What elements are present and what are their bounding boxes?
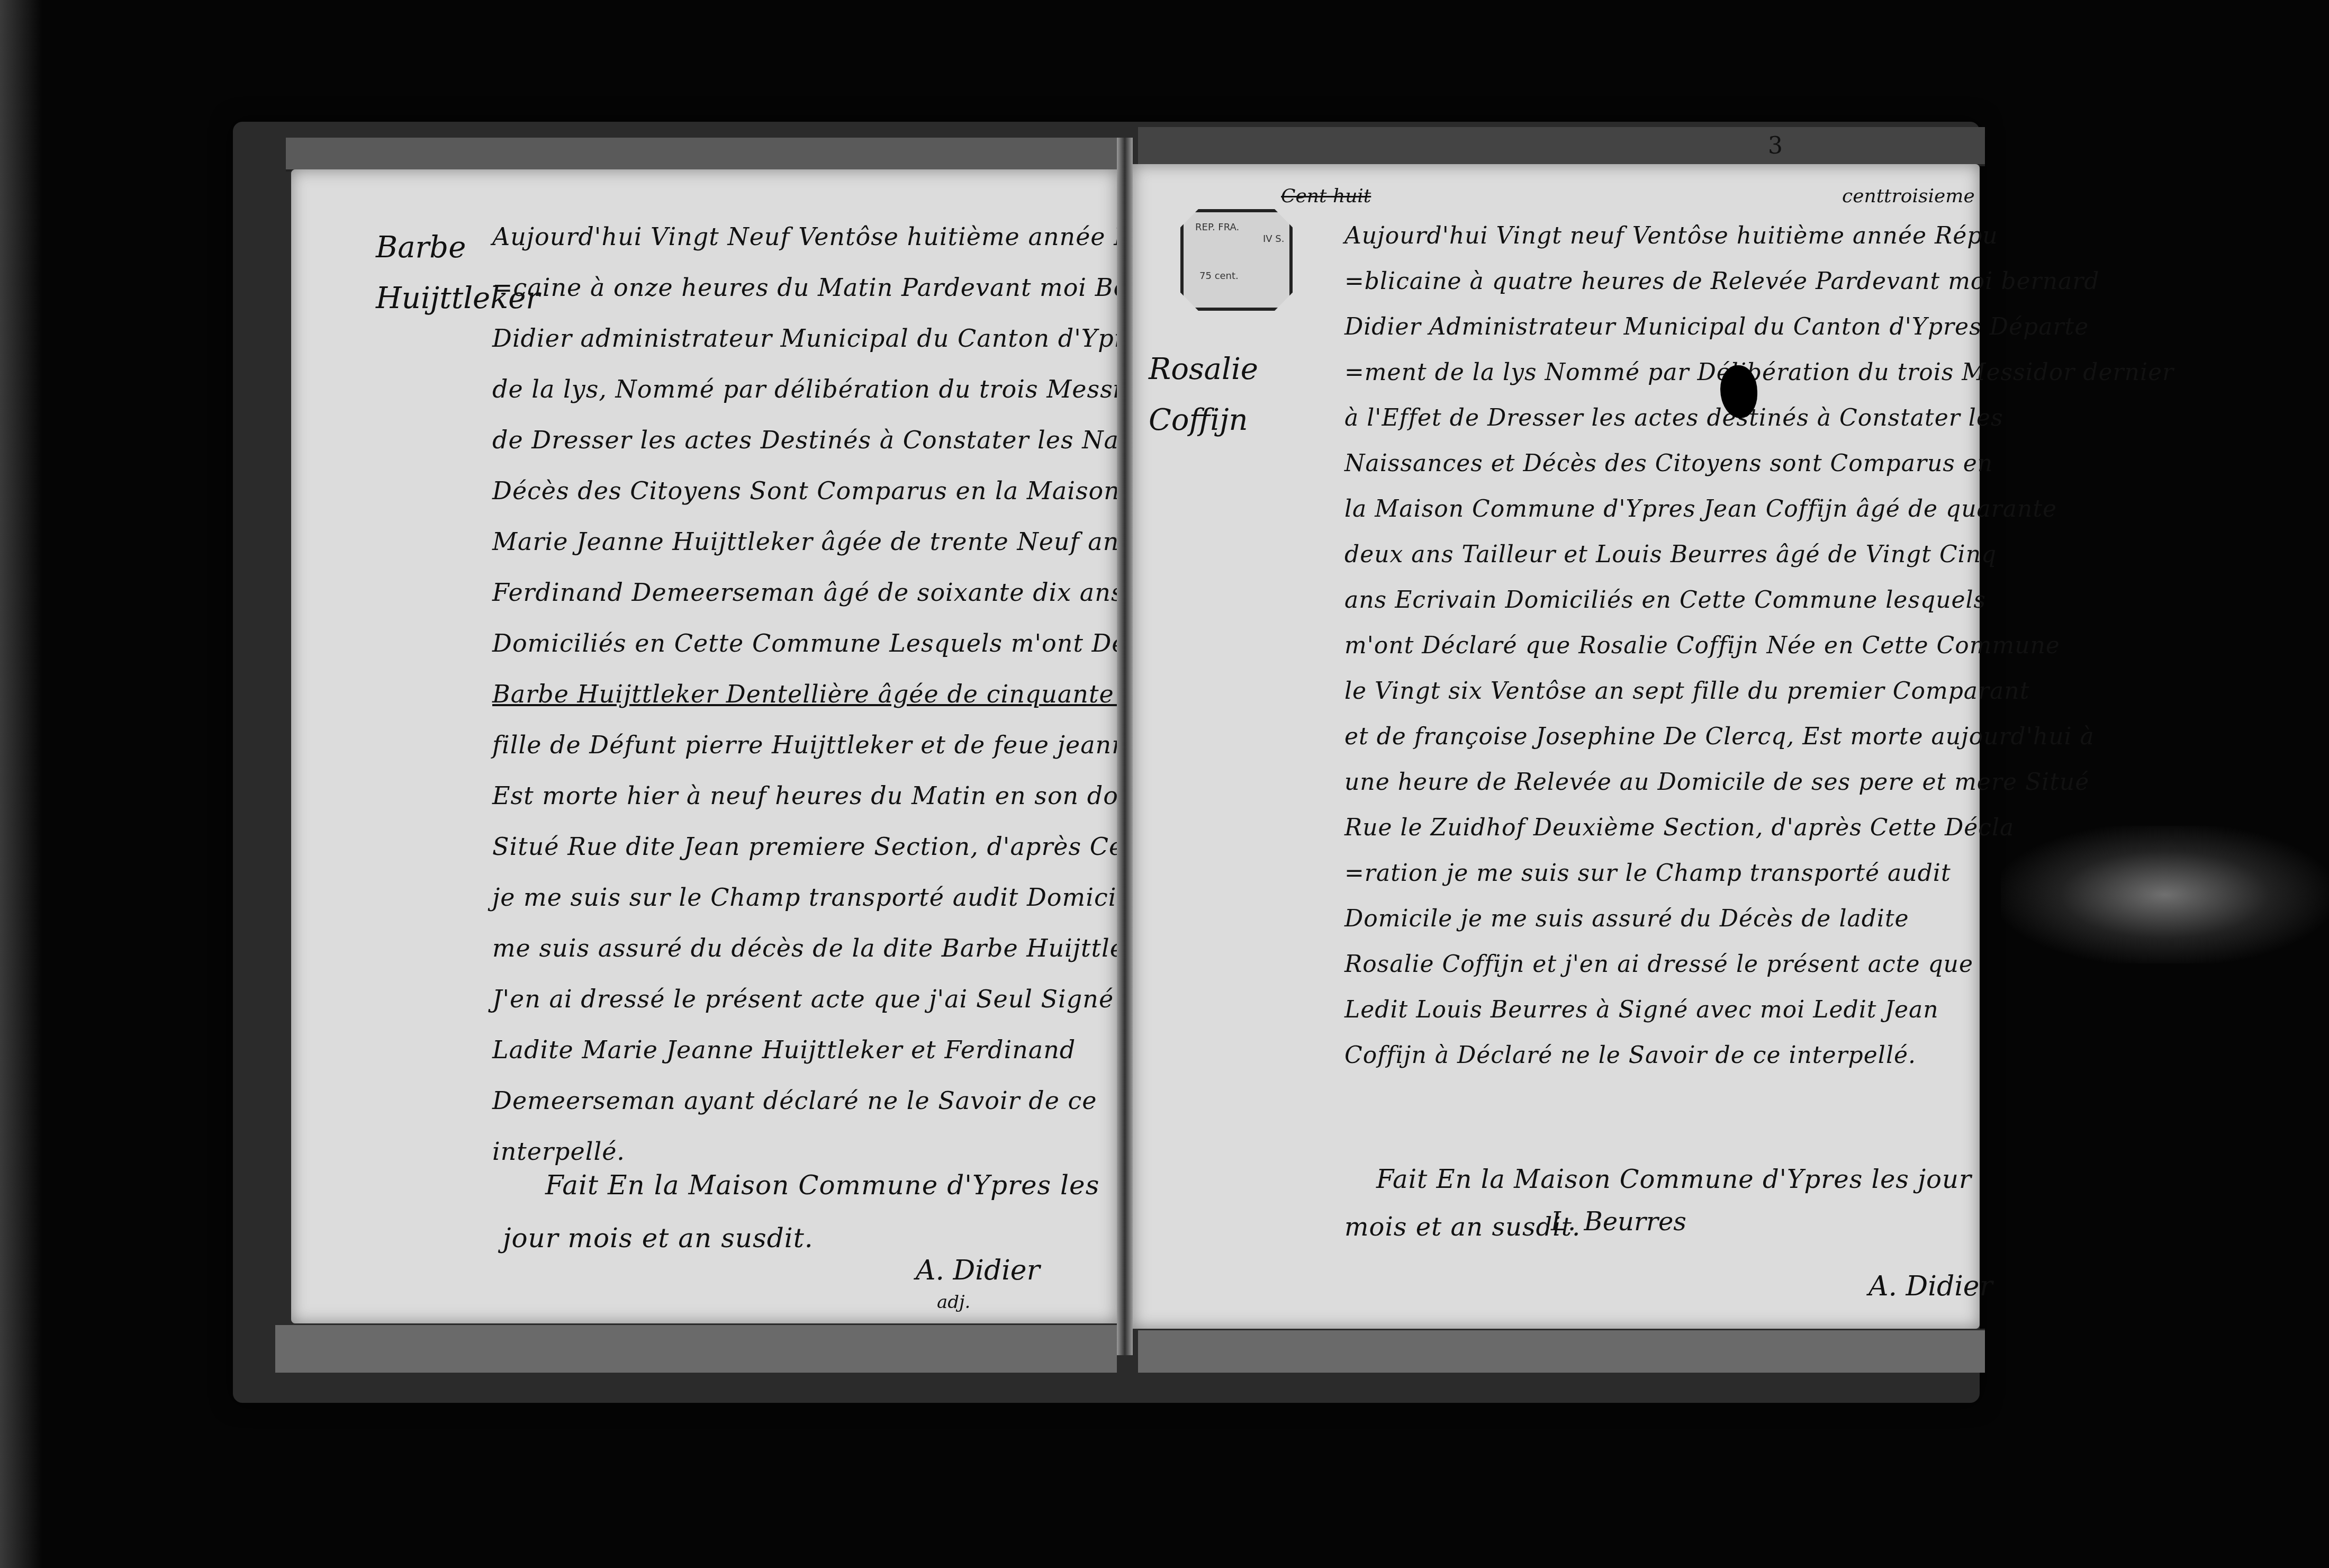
record-line: Rosalie Coffijn et j'en ai dressé le pré… <box>1344 951 1973 978</box>
record-line: Est morte hier à neuf heures du Matin en… <box>492 781 1117 810</box>
closing-line: jour mois et an susdit. <box>503 1223 814 1254</box>
stamp-legend-side: IV S. <box>1263 233 1285 245</box>
right-page-top-edge <box>1138 127 1985 166</box>
margin-name-first: Rosalie <box>1149 344 1258 395</box>
signature-didier: A. Didier <box>1868 1270 1992 1302</box>
record-line: et de françoise Josephine De Clercq, Est… <box>1344 723 2095 750</box>
record-line: deux ans Tailleur et Louis Beurres âgé d… <box>1344 541 1997 568</box>
book-gutter <box>1117 138 1133 1355</box>
signature-beurres: L. Beurres <box>1551 1207 1686 1237</box>
signature-didier: A. Didier <box>916 1255 1040 1286</box>
margin-name-last: Coffijn <box>1149 395 1258 446</box>
scan-glare <box>2001 826 2329 963</box>
page-number-mark: 3 <box>1768 132 1783 159</box>
right-closing-line: mois et an susdit. <box>1344 1212 1581 1242</box>
right-closing-line: Fait En la Maison Commune d'Ypres les jo… <box>1376 1165 1972 1194</box>
left-page-bottom-edge <box>275 1323 1117 1373</box>
record-line: =ration je me suis sur le Champ transpor… <box>1344 860 1951 887</box>
signature-title: adj. <box>937 1292 970 1313</box>
record-line: Rue le Zuidhof Deuxième Section, d'après… <box>1344 814 2014 841</box>
right-margin-name: Rosalie Coffijn <box>1149 344 1258 446</box>
record-line: à l'Effet de Dresser les actes destinés … <box>1344 404 2003 431</box>
record-line: interpellé. <box>492 1137 625 1166</box>
right-page-bottom-edge <box>1138 1329 1985 1373</box>
record-line: Domicile je me suis assuré du Décès de l… <box>1344 905 1909 932</box>
record-line: J'en ai dressé le présent acte que j'ai … <box>492 985 1114 1013</box>
record-line: Aujourd'hui Vingt Neuf Ventôse huitième … <box>492 222 1117 251</box>
record-line: Didier Administrateur Municipal du Canto… <box>1344 313 2089 340</box>
record-line: Ladite Marie Jeanne Huijttleker et Ferdi… <box>492 1035 1076 1064</box>
record-line: =ment de la lys Nommé par Délibération d… <box>1344 359 2174 386</box>
record-line: Didier administrateur Municipal du Canto… <box>492 324 1117 353</box>
record-line: le Vingt six Ventôse an sept fille du pr… <box>1344 678 2029 705</box>
header-struck-text: Cent huit <box>1281 185 1371 207</box>
record-line: Domiciliés en Cette Commune Lesquels m'o… <box>492 629 1117 657</box>
record-line: Demeerseman ayant déclaré ne le Savoir d… <box>492 1086 1097 1115</box>
record-line: une heure de Relevée au Domicile de ses … <box>1344 769 2089 796</box>
record-line: Ferdinand Demeerseman âgé de soixante di… <box>492 578 1117 607</box>
record-line: de Dresser les actes Destinés à Constate… <box>492 426 1117 454</box>
record-line-deceased: Barbe Huijttleker Dentellière âgée de ci… <box>492 680 1117 708</box>
left-page: Barbe Huijttleker Aujourd'hui Vingt Neuf… <box>291 169 1117 1323</box>
record-line: Coffijn à Déclaré ne le Savoir de ce int… <box>1344 1042 1916 1069</box>
record-line: =blicaine à quatre heures de Relevée Par… <box>1344 268 2099 295</box>
record-line: =caine à onze heures du Matin Pardevant … <box>492 273 1117 302</box>
closing-line: Fait En la Maison Commune d'Ypres les <box>545 1170 1099 1201</box>
scan-left-edge <box>0 0 42 1568</box>
record-line: ans Ecrivain Domiciliés en Cette Commune… <box>1344 587 1986 614</box>
record-line: la Maison Commune d'Ypres Jean Coffijn â… <box>1344 495 2057 522</box>
record-line: Situé Rue dite Jean premiere Section, d'… <box>492 832 1117 861</box>
revenue-stamp-icon: REP. FRA. IV S. 75 cent. <box>1180 209 1293 311</box>
record-line: de la lys, Nommé par délibération du tro… <box>492 375 1117 403</box>
record-line: Marie Jeanne Huijttleker âgée de trente … <box>492 527 1117 556</box>
record-line: je me suis sur le Champ transporté audit… <box>492 883 1117 912</box>
record-line: Naissances et Décès des Citoyens sont Co… <box>1344 450 1993 477</box>
record-line-deceased: m'ont Déclaré que Rosalie Coffijn Née en… <box>1344 632 2060 659</box>
record-line: Aujourd'hui Vingt neuf Ventôse huitième … <box>1344 222 1998 249</box>
record-line: me suis assuré du décès de la dite Barbe… <box>492 934 1117 962</box>
record-line: Ledit Louis Beurres à Signé avec moi Led… <box>1344 996 1939 1023</box>
left-page-top-edge <box>286 138 1117 172</box>
header-folio-note: centtroisieme <box>1842 185 1975 207</box>
record-line: fille de Défunt pierre Huijttleker et de… <box>492 731 1117 759</box>
stamp-value: 75 cent. <box>1199 271 1239 282</box>
record-line: Décès des Citoyens Sont Comparus en la M… <box>492 476 1117 505</box>
stamp-legend: REP. FRA. <box>1195 222 1239 233</box>
